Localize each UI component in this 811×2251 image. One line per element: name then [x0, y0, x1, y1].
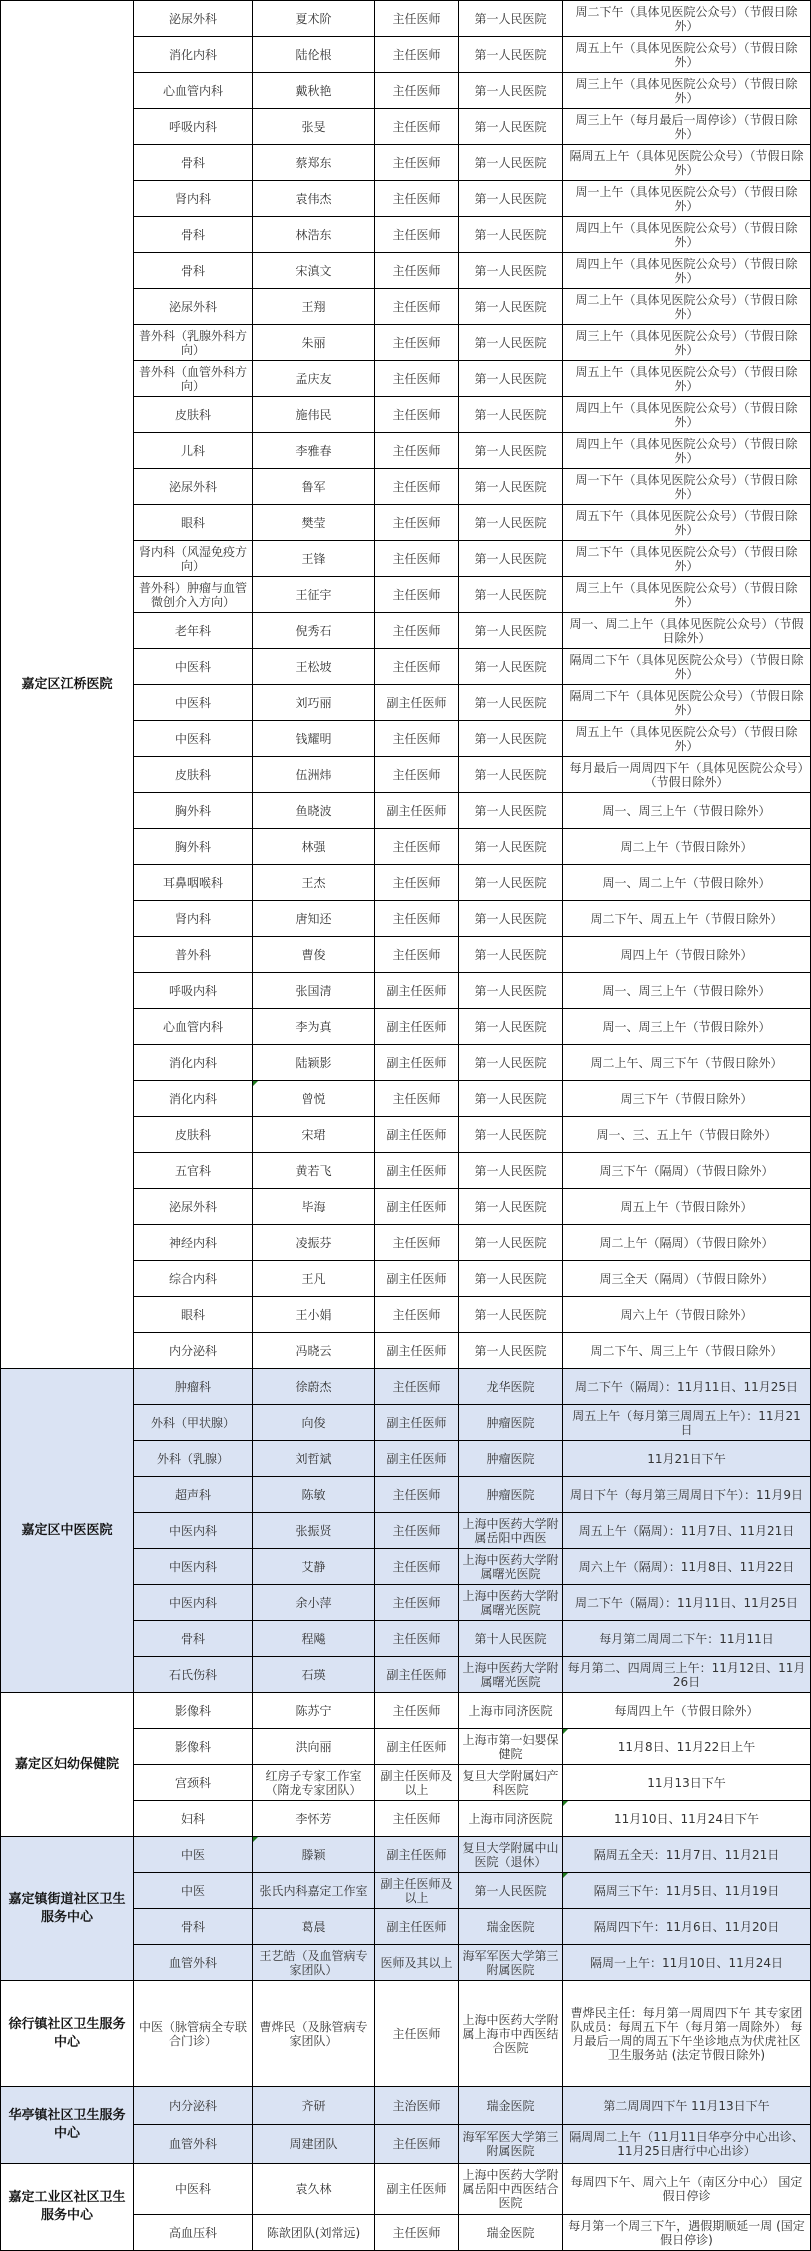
clinic-time-cell: 周四上午（节假日除外） [563, 937, 811, 973]
doctor-name-cell: 冯晓云 [253, 1333, 375, 1369]
department-cell: 呼吸内科 [134, 973, 253, 1009]
doctor-title-cell: 主任医师 [375, 325, 459, 361]
source-hospital-cell: 第一人民医院 [459, 1, 563, 37]
doctor-title-cell: 主任医师 [375, 1981, 459, 2087]
doctor-title-cell: 主任医师 [375, 541, 459, 577]
doctor-title-cell: 主任医师 [375, 361, 459, 397]
doctor-title-cell: 主任医师 [375, 1225, 459, 1261]
clinic-time-cell: 周五上午（具体见医院公众号）（节假日除外） [563, 37, 811, 73]
doctor-title-cell: 主治医师 [375, 2087, 459, 2125]
doctor-name-cell: 钱耀明 [253, 721, 375, 757]
doctor-name-cell: 凌振芬 [253, 1225, 375, 1261]
clinic-time-cell: 每周四上午（节假日除外） [563, 1693, 811, 1729]
source-hospital-cell: 瑞金医院 [459, 2215, 563, 2251]
department-cell: 消化内科 [134, 1081, 253, 1117]
doctor-name-cell: 张国清 [253, 973, 375, 1009]
source-hospital-cell: 第一人民医院 [459, 1873, 563, 1909]
doctor-title-cell: 主任医师 [375, 1297, 459, 1333]
department-cell: 普外科（乳腺外科方向） [134, 325, 253, 361]
doctor-name-cell: 曾悦 [253, 1081, 375, 1117]
clinic-time-cell: 周四上午（具体见医院公众号）（节假日除外） [563, 433, 811, 469]
institution-name: 嘉定工业区社区卫生服务中心 [1, 2164, 134, 2251]
source-hospital-cell: 第一人民医院 [459, 829, 563, 865]
doctor-name-cell: 齐研 [253, 2087, 375, 2125]
department-cell: 胸外科 [134, 793, 253, 829]
doctor-name-cell: 石瑛 [253, 1657, 375, 1693]
source-hospital-cell: 第一人民医院 [459, 1189, 563, 1225]
specialist-schedule-table: 嘉定区江桥医院泌尿外科夏术阶主任医师第一人民医院周二下午（具体见医院公众号）（节… [0, 0, 811, 2251]
clinic-time-cell: 周三下午（节假日除外） [563, 1081, 811, 1117]
doctor-title-cell: 副主任医师 [375, 1405, 459, 1441]
clinic-time-cell: 隔周二下午（具体见医院公众号）（节假日除外） [563, 685, 811, 721]
department-cell: 心血管内科 [134, 73, 253, 109]
department-cell: 中医 [134, 1873, 253, 1909]
clinic-time-cell: 隔周周二上午（11月11日华亭分中心出诊、11月25日唐行中心出诊） [563, 2125, 811, 2164]
doctor-name-cell: 刘巧丽 [253, 685, 375, 721]
doctor-name-cell: 艾静 [253, 1549, 375, 1585]
source-hospital-cell: 第一人民医院 [459, 1009, 563, 1045]
clinic-time-cell: 周二下午（具体见医院公众号）（节假日除外） [563, 541, 811, 577]
department-cell: 肾内科（风湿免疫方向） [134, 541, 253, 577]
doctor-name-cell: 鲁军 [253, 469, 375, 505]
doctor-title-cell: 主任医师 [375, 1369, 459, 1405]
source-hospital-cell: 第一人民医院 [459, 505, 563, 541]
department-cell: 骨科 [134, 253, 253, 289]
table-row: 嘉定镇街道社区卫生服务中心中医滕颖副主任医师复旦大学附属中山医院（退休）隔周五全… [1, 1837, 811, 1873]
clinic-time-cell: 每周四下午、周六上午（南区分中心） 国定假日停诊 [563, 2164, 811, 2215]
clinic-time-cell: 周一、周三上午（节假日除外） [563, 1009, 811, 1045]
department-cell: 五官科 [134, 1153, 253, 1189]
clinic-time-cell: 周五上午（隔周）：11月7日、11月21日 [563, 1513, 811, 1549]
clinic-time-cell: 周一上午（具体见医院公众号）（节假日除外） [563, 181, 811, 217]
department-cell: 胸外科 [134, 829, 253, 865]
doctor-title-cell: 主任医师 [375, 721, 459, 757]
doctor-title-cell: 副主任医师 [375, 1441, 459, 1477]
source-hospital-cell: 第一人民医院 [459, 649, 563, 685]
clinic-time-cell: 周一、周二上午（节假日除外） [563, 865, 811, 901]
doctor-name-cell: 周建团队 [253, 2125, 375, 2164]
doctor-name-cell: 余小萍 [253, 1585, 375, 1621]
source-hospital-cell: 第一人民医院 [459, 937, 563, 973]
clinic-time-cell: 周一、三、五上午（节假日除外） [563, 1117, 811, 1153]
doctor-name-cell: 施伟民 [253, 397, 375, 433]
source-hospital-cell: 第一人民医院 [459, 397, 563, 433]
clinic-time-cell: 周一、周二上午（具体见医院公众号）（节假日除外） [563, 613, 811, 649]
doctor-title-cell: 副主任医师 [375, 1045, 459, 1081]
doctor-title-cell: 主任医师 [375, 829, 459, 865]
clinic-time-cell: 周六上午（节假日除外） [563, 1297, 811, 1333]
source-hospital-cell: 上海中医药大学附属岳阳中西医结合医院 [459, 2164, 563, 2215]
doctor-title-cell: 主任医师 [375, 2125, 459, 2164]
doctor-name-cell: 曹俊 [253, 937, 375, 973]
doctor-title-cell: 副主任医师 [375, 2164, 459, 2215]
doctor-name-cell: 陈歆团队(刘常远) [253, 2215, 375, 2251]
clinic-time-cell: 周三上午（每月最后一周停诊）（节假日除外） [563, 109, 811, 145]
department-cell: 普外科 [134, 937, 253, 973]
department-cell: 血管外科 [134, 2125, 253, 2164]
department-cell: 中医科 [134, 685, 253, 721]
doctor-name-cell: 红房子专家工作室（隋龙专家团队） [253, 1765, 375, 1801]
doctor-title-cell: 主任医师 [375, 1513, 459, 1549]
institution-name: 嘉定区中医医院 [1, 1369, 134, 1693]
doctor-name-cell: 张氏内科嘉定工作室 [253, 1873, 375, 1909]
source-hospital-cell: 第一人民医院 [459, 793, 563, 829]
department-cell: 骨科 [134, 1621, 253, 1657]
clinic-time-cell: 周一下午（具体见医院公众号）（节假日除外） [563, 469, 811, 505]
doctor-title-cell: 主任医师 [375, 577, 459, 613]
doctor-title-cell: 副主任医师 [375, 1837, 459, 1873]
department-cell: 泌尿外科 [134, 289, 253, 325]
department-cell: 皮肤科 [134, 397, 253, 433]
doctor-title-cell: 副主任医师 [375, 1009, 459, 1045]
doctor-title-cell: 主任医师 [375, 217, 459, 253]
clinic-time-cell: 周六上午（隔周）：11月8日、11月22日 [563, 1549, 811, 1585]
clinic-time-cell: 隔周一上午：11月10日、11月24日 [563, 1945, 811, 1981]
institution-name: 嘉定镇街道社区卫生服务中心 [1, 1837, 134, 1981]
source-hospital-cell: 第一人民医院 [459, 217, 563, 253]
source-hospital-cell: 肿瘤医院 [459, 1441, 563, 1477]
doctor-name-cell: 朱丽 [253, 325, 375, 361]
doctor-title-cell: 主任医师 [375, 289, 459, 325]
doctor-name-cell: 戴秋艳 [253, 73, 375, 109]
doctor-name-cell: 陈敏 [253, 1477, 375, 1513]
doctor-name-cell: 毕海 [253, 1189, 375, 1225]
clinic-time-cell: 周五下午（具体见医院公众号）（节假日除外） [563, 505, 811, 541]
source-hospital-cell: 上海中医药大学附属曙光医院 [459, 1549, 563, 1585]
doctor-name-cell: 王小娟 [253, 1297, 375, 1333]
doctor-title-cell: 主任医师 [375, 1585, 459, 1621]
source-hospital-cell: 龙华医院 [459, 1369, 563, 1405]
institution-name: 嘉定区江桥医院 [1, 1, 134, 1369]
clinic-time-cell: 隔周四下午：11月6日、11月20日 [563, 1909, 811, 1945]
doctor-title-cell: 主任医师 [375, 1081, 459, 1117]
doctor-name-cell: 王征宇 [253, 577, 375, 613]
clinic-time-cell: 每月第一个周三下午，遇假期顺延一周 (国定假日停诊) [563, 2215, 811, 2251]
doctor-name-cell: 林浩东 [253, 217, 375, 253]
department-cell: 儿科 [134, 433, 253, 469]
clinic-time-cell: 周五上午（节假日除外） [563, 1189, 811, 1225]
source-hospital-cell: 第一人民医院 [459, 433, 563, 469]
department-cell: 肿瘤科 [134, 1369, 253, 1405]
department-cell: 超声科 [134, 1477, 253, 1513]
doctor-title-cell: 主任医师 [375, 613, 459, 649]
source-hospital-cell: 瑞金医院 [459, 2087, 563, 2125]
doctor-name-cell: 陆颖影 [253, 1045, 375, 1081]
source-hospital-cell: 第一人民医院 [459, 253, 563, 289]
doctor-title-cell: 主任医师 [375, 433, 459, 469]
department-cell: 高血压科 [134, 2215, 253, 2251]
source-hospital-cell: 上海市同济医院 [459, 1693, 563, 1729]
clinic-time-cell: 周二下午、周三上午（节假日除外） [563, 1333, 811, 1369]
department-cell: 石氏伤科 [134, 1657, 253, 1693]
department-cell: 老年科 [134, 613, 253, 649]
doctor-name-cell: 向俊 [253, 1405, 375, 1441]
clinic-time-cell: 周二上午、周三下午（节假日除外） [563, 1045, 811, 1081]
doctor-title-cell: 副主任医师 [375, 1729, 459, 1765]
doctor-name-cell: 倪秀石 [253, 613, 375, 649]
doctor-name-cell: 张振贤 [253, 1513, 375, 1549]
department-cell: 中医科 [134, 649, 253, 685]
source-hospital-cell: 第一人民医院 [459, 973, 563, 1009]
source-hospital-cell: 第一人民医院 [459, 865, 563, 901]
table-row: 华亭镇社区卫生服务中心内分泌科齐研主治医师瑞金医院第二周周四下午 11月13日下… [1, 2087, 811, 2125]
clinic-time-cell: 11月13日下午 [563, 1765, 811, 1801]
department-cell: 中医内科 [134, 1585, 253, 1621]
department-cell: 中医 [134, 1837, 253, 1873]
doctor-title-cell: 主任医师 [375, 109, 459, 145]
doctor-title-cell: 主任医师 [375, 469, 459, 505]
doctor-name-cell: 袁伟杰 [253, 181, 375, 217]
table-row: 嘉定区江桥医院泌尿外科夏术阶主任医师第一人民医院周二下午（具体见医院公众号）（节… [1, 1, 811, 37]
clinic-time-cell: 周五上午（具体见医院公众号）（节假日除外） [563, 721, 811, 757]
source-hospital-cell: 肿瘤医院 [459, 1405, 563, 1441]
doctor-title-cell: 主任医师 [375, 937, 459, 973]
doctor-title-cell: 主任医师 [375, 901, 459, 937]
doctor-name-cell: 李为真 [253, 1009, 375, 1045]
source-hospital-cell: 第一人民医院 [459, 613, 563, 649]
department-cell: 心血管内科 [134, 1009, 253, 1045]
source-hospital-cell: 第一人民医院 [459, 685, 563, 721]
doctor-name-cell: 陈苏宁 [253, 1693, 375, 1729]
department-cell: 内分泌科 [134, 2087, 253, 2125]
department-cell: 中医（脉管病全专联合门诊） [134, 1981, 253, 2087]
department-cell: 肾内科 [134, 181, 253, 217]
doctor-title-cell: 副主任医师 [375, 793, 459, 829]
doctor-title-cell: 主任医师 [375, 1621, 459, 1657]
table-row: 嘉定区妇幼保健院影像科陈苏宁主任医师上海市同济医院每周四上午（节假日除外） [1, 1693, 811, 1729]
source-hospital-cell: 上海中医药大学附属曙光医院 [459, 1585, 563, 1621]
clinic-time-cell: 周四上午（具体见医院公众号）（节假日除外） [563, 217, 811, 253]
doctor-name-cell: 黄若飞 [253, 1153, 375, 1189]
clinic-time-cell: 隔周五上午（具体见医院公众号）（节假日除外） [563, 145, 811, 181]
source-hospital-cell: 第一人民医院 [459, 109, 563, 145]
department-cell: 骨科 [134, 1909, 253, 1945]
clinic-time-cell: 周三全天（隔周）（节假日除外） [563, 1261, 811, 1297]
doctor-title-cell: 副主任医师及以上 [375, 1765, 459, 1801]
department-cell: 中医内科 [134, 1513, 253, 1549]
doctor-title-cell: 主任医师 [375, 865, 459, 901]
clinic-time-cell: 周日下午（每月第三周周日下午）：11月9日 [563, 1477, 811, 1513]
doctor-name-cell: 王凡 [253, 1261, 375, 1297]
doctor-title-cell: 主任医师 [375, 397, 459, 433]
table-row: 嘉定工业区社区卫生服务中心中医科袁久林副主任医师上海中医药大学附属岳阳中西医结合… [1, 2164, 811, 2215]
institution-name: 嘉定区妇幼保健院 [1, 1693, 134, 1837]
department-cell: 呼吸内科 [134, 109, 253, 145]
department-cell: 泌尿外科 [134, 1, 253, 37]
doctor-name-cell: 蔡郑东 [253, 145, 375, 181]
source-hospital-cell: 第一人民医院 [459, 901, 563, 937]
doctor-name-cell: 张旻 [253, 109, 375, 145]
department-cell: 肾内科 [134, 901, 253, 937]
department-cell: 消化内科 [134, 37, 253, 73]
source-hospital-cell: 第一人民医院 [459, 577, 563, 613]
clinic-time-cell: 周二上午（节假日除外） [563, 829, 811, 865]
doctor-title-cell: 副主任医师 [375, 1909, 459, 1945]
clinic-time-cell: 周二下午（隔周）：11月11日、11月25日 [563, 1585, 811, 1621]
source-hospital-cell: 第一人民医院 [459, 1297, 563, 1333]
department-cell: 外科（甲状腺） [134, 1405, 253, 1441]
clinic-time-cell: 周四上午（具体见医院公众号）（节假日除外） [563, 253, 811, 289]
department-cell: 耳鼻咽喉科 [134, 865, 253, 901]
doctor-name-cell: 徐蔚杰 [253, 1369, 375, 1405]
doctor-title-cell: 副主任医师 [375, 1333, 459, 1369]
doctor-title-cell: 主任医师 [375, 649, 459, 685]
doctor-title-cell: 副主任医师及以上 [375, 1873, 459, 1909]
clinic-time-cell: 周三上午（具体见医院公众号）（节假日除外） [563, 73, 811, 109]
clinic-time-cell: 隔周二下午（具体见医院公众号）（节假日除外） [563, 649, 811, 685]
clinic-time-cell: 周二上午（具体见医院公众号）（节假日除外） [563, 289, 811, 325]
doctor-title-cell: 主任医师 [375, 145, 459, 181]
doctor-name-cell: 樊莹 [253, 505, 375, 541]
source-hospital-cell: 第一人民医院 [459, 541, 563, 577]
table-row: 徐行镇社区卫生服务中心中医（脉管病全专联合门诊）曹烨民（及脉管病专家团队）主任医… [1, 1981, 811, 2087]
doctor-title-cell: 主任医师 [375, 1477, 459, 1513]
doctor-title-cell: 副主任医师 [375, 1261, 459, 1297]
doctor-name-cell: 林强 [253, 829, 375, 865]
department-cell: 内分泌科 [134, 1333, 253, 1369]
source-hospital-cell: 第一人民医院 [459, 1081, 563, 1117]
clinic-time-cell: 周五上午（具体见医院公众号）（节假日除外） [563, 361, 811, 397]
source-hospital-cell: 上海中医药大学附属曙光医院 [459, 1657, 563, 1693]
doctor-name-cell: 程飚 [253, 1621, 375, 1657]
doctor-title-cell: 医师及其以上 [375, 1945, 459, 1981]
schedule-body: 嘉定区江桥医院泌尿外科夏术阶主任医师第一人民医院周二下午（具体见医院公众号）（节… [1, 1, 811, 2251]
department-cell: 中医科 [134, 2164, 253, 2215]
doctor-name-cell: 刘哲斌 [253, 1441, 375, 1477]
source-hospital-cell: 肿瘤医院 [459, 1477, 563, 1513]
department-cell: 中医内科 [134, 1549, 253, 1585]
source-hospital-cell: 复旦大学附属中山医院（退休） [459, 1837, 563, 1873]
source-hospital-cell: 瑞金医院 [459, 1909, 563, 1945]
doctor-name-cell: 葛晨 [253, 1909, 375, 1945]
department-cell: 骨科 [134, 145, 253, 181]
doctor-title-cell: 副主任医师 [375, 1153, 459, 1189]
doctor-name-cell: 王艺皓（及血管病专家团队） [253, 1945, 375, 1981]
doctor-name-cell: 王锋 [253, 541, 375, 577]
doctor-name-cell: 宋滇文 [253, 253, 375, 289]
doctor-name-cell: 李怀芳 [253, 1801, 375, 1837]
table-row: 嘉定区中医医院肿瘤科徐蔚杰主任医师龙华医院周二下午（隔周）：11月11日、11月… [1, 1369, 811, 1405]
doctor-title-cell: 副主任医师 [375, 1117, 459, 1153]
source-hospital-cell: 第一人民医院 [459, 1117, 563, 1153]
doctor-name-cell: 伍洲炜 [253, 757, 375, 793]
doctor-title-cell: 主任医师 [375, 37, 459, 73]
doctor-name-cell: 王松坡 [253, 649, 375, 685]
doctor-title-cell: 主任医师 [375, 181, 459, 217]
source-hospital-cell: 上海中医药大学附属岳阳中西医 [459, 1513, 563, 1549]
source-hospital-cell: 第一人民医院 [459, 469, 563, 505]
source-hospital-cell: 第一人民医院 [459, 1261, 563, 1297]
source-hospital-cell: 第一人民医院 [459, 1225, 563, 1261]
department-cell: 泌尿外科 [134, 469, 253, 505]
department-cell: 皮肤科 [134, 757, 253, 793]
doctor-name-cell: 王翔 [253, 289, 375, 325]
source-hospital-cell: 上海市第一妇婴保健院 [459, 1729, 563, 1765]
source-hospital-cell: 海军军医大学第三附属医院 [459, 2125, 563, 2164]
doctor-name-cell: 李雅春 [253, 433, 375, 469]
department-cell: 外科（乳腺） [134, 1441, 253, 1477]
source-hospital-cell: 第一人民医院 [459, 325, 563, 361]
doctor-name-cell: 唐知还 [253, 901, 375, 937]
doctor-name-cell: 陆伦根 [253, 37, 375, 73]
clinic-time-cell: 周二上午（隔周）（节假日除外） [563, 1225, 811, 1261]
source-hospital-cell: 第一人民医院 [459, 145, 563, 181]
clinic-time-cell: 周三下午（隔周）（节假日除外） [563, 1153, 811, 1189]
department-cell: 眼科 [134, 505, 253, 541]
doctor-title-cell: 主任医师 [375, 757, 459, 793]
source-hospital-cell: 第一人民医院 [459, 721, 563, 757]
doctor-name-cell: 宋珺 [253, 1117, 375, 1153]
doctor-title-cell: 副主任医师 [375, 1657, 459, 1693]
source-hospital-cell: 第一人民医院 [459, 181, 563, 217]
source-hospital-cell: 第一人民医院 [459, 289, 563, 325]
doctor-name-cell: 洪向丽 [253, 1729, 375, 1765]
clinic-time-cell: 每月最后一周周四下午（具体见医院公众号）（节假日除外） [563, 757, 811, 793]
clinic-time-cell: 隔周三下午：11月5日、11月19日 [563, 1873, 811, 1909]
clinic-time-cell: 隔周五全天：11月7日、11月21日 [563, 1837, 811, 1873]
department-cell: 血管外科 [134, 1945, 253, 1981]
department-cell: 神经内科 [134, 1225, 253, 1261]
department-cell: 中医科 [134, 721, 253, 757]
department-cell: 泌尿外科 [134, 1189, 253, 1225]
source-hospital-cell: 第一人民医院 [459, 73, 563, 109]
institution-name: 徐行镇社区卫生服务中心 [1, 1981, 134, 2087]
clinic-time-cell: 11月8日、11月22日上午 [563, 1729, 811, 1765]
source-hospital-cell: 第一人民医院 [459, 757, 563, 793]
doctor-title-cell: 主任医师 [375, 1549, 459, 1585]
doctor-title-cell: 主任医师 [375, 1, 459, 37]
department-cell: 眼科 [134, 1297, 253, 1333]
doctor-title-cell: 主任医师 [375, 1693, 459, 1729]
department-cell: 普外科（血管外科方向） [134, 361, 253, 397]
source-hospital-cell: 第一人民医院 [459, 1153, 563, 1189]
doctor-name-cell: 鱼晓波 [253, 793, 375, 829]
department-cell: 影像科 [134, 1693, 253, 1729]
department-cell: 影像科 [134, 1729, 253, 1765]
department-cell: 消化内科 [134, 1045, 253, 1081]
department-cell: 综合内科 [134, 1261, 253, 1297]
doctor-name-cell: 孟庆友 [253, 361, 375, 397]
clinic-time-cell: 第二周周四下午 11月13日下午 [563, 2087, 811, 2125]
clinic-time-cell: 周二下午、周五上午（节假日除外） [563, 901, 811, 937]
doctor-title-cell: 副主任医师 [375, 685, 459, 721]
clinic-time-cell: 每月第二、四周周三上午：11月12日、11月26日 [563, 1657, 811, 1693]
source-hospital-cell: 海军军医大学第三附属医院 [459, 1945, 563, 1981]
source-hospital-cell: 第一人民医院 [459, 1045, 563, 1081]
clinic-time-cell: 周二下午（隔周）：11月11日、11月25日 [563, 1369, 811, 1405]
doctor-name-cell: 曹烨民（及脉管病专家团队） [253, 1981, 375, 2087]
clinic-time-cell: 曹烨民主任：每月第一周周四下午 其专家团队成员：每周五下午（每月第一周除外） 每… [563, 1981, 811, 2087]
department-cell: 皮肤科 [134, 1117, 253, 1153]
clinic-time-cell: 周三上午（具体见医院公众号）（节假日除外） [563, 325, 811, 361]
source-hospital-cell: 第十人民医院 [459, 1621, 563, 1657]
institution-name: 华亭镇社区卫生服务中心 [1, 2087, 134, 2164]
clinic-time-cell: 周二下午（具体见医院公众号）（节假日除外） [563, 1, 811, 37]
clinic-time-cell: 周五上午（每月第三周周五上午）：11月21日 [563, 1405, 811, 1441]
source-hospital-cell: 上海市同济医院 [459, 1801, 563, 1837]
doctor-title-cell: 副主任医师 [375, 973, 459, 1009]
source-hospital-cell: 第一人民医院 [459, 361, 563, 397]
doctor-title-cell: 主任医师 [375, 1801, 459, 1837]
source-hospital-cell: 上海中医药大学附属上海市中西医结合医院 [459, 1981, 563, 2087]
clinic-time-cell: 周三上午（具体见医院公众号）（节假日除外） [563, 577, 811, 613]
department-cell: 妇科 [134, 1801, 253, 1837]
doctor-name-cell: 袁久林 [253, 2164, 375, 2215]
clinic-time-cell: 周四上午（具体见医院公众号）（节假日除外） [563, 397, 811, 433]
doctor-name-cell: 滕颖 [253, 1837, 375, 1873]
clinic-time-cell: 11月10日、11月24日下午 [563, 1801, 811, 1837]
clinic-time-cell: 周一、周三上午（节假日除外） [563, 973, 811, 1009]
